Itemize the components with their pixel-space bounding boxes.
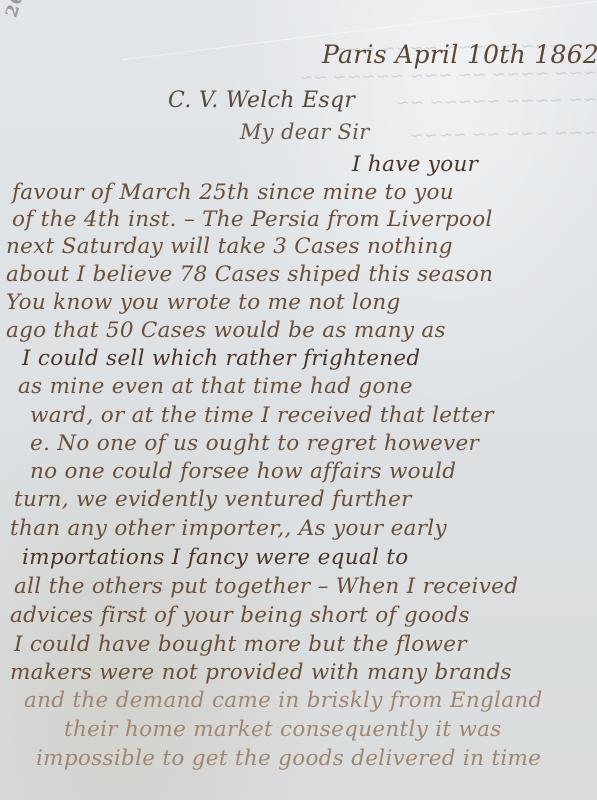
letter-line: makers were not provided with many brand… bbox=[10, 660, 512, 685]
dateline: Paris April 10th 1862 bbox=[322, 40, 597, 69]
letter-page: ~~ ~~~ ~~~~~ ~~~~ ~~~ ~~~ ~~~~ ~~ ~~~ ~~… bbox=[0, 0, 597, 800]
letter-line: as mine even at that time had gone bbox=[18, 374, 413, 399]
letter-line: importations I fancy were equal to bbox=[22, 545, 408, 570]
addressee: C. V. Welch Esqr bbox=[168, 88, 355, 113]
letter-line: advices first of your being short of goo… bbox=[10, 603, 470, 628]
letter-line: than any other importer,, As your early bbox=[10, 516, 447, 541]
letter-line: next Saturday will take 3 Cases nothing bbox=[6, 234, 453, 259]
salutation: My dear Sir bbox=[240, 120, 370, 144]
letter-line: I could have bought more but the flower bbox=[14, 632, 467, 657]
letter-line: You know you wrote to me not long bbox=[6, 290, 401, 315]
letter-line: of the 4th inst. – The Persia from Liver… bbox=[12, 207, 493, 232]
letter-line: and the demand came in briskly from Engl… bbox=[24, 688, 543, 713]
archive-number-stamp: 201 bbox=[2, 0, 33, 20]
letter-line: all the others put together – When I rec… bbox=[14, 574, 518, 599]
letter-line: favour of March 25th since mine to you bbox=[12, 180, 454, 205]
letter-line: I could sell which rather frightened bbox=[22, 346, 420, 371]
letter-line: turn, we evidently ventured further bbox=[14, 487, 412, 512]
letter-line: about I believe 78 Cases shiped this sea… bbox=[6, 262, 493, 287]
letter-line: ward, or at the time I received that let… bbox=[30, 403, 494, 428]
letter-line: no one could forsee how affairs would bbox=[30, 459, 456, 484]
letter-line: their home market consequently it was bbox=[64, 717, 502, 742]
letter-line: impossible to get the goods delivered in… bbox=[36, 746, 541, 771]
letter-line: e. No one of us ought to regret however bbox=[30, 431, 479, 456]
letter-line: I have your bbox=[352, 152, 478, 177]
letter-line: ago that 50 Cases would be as many as bbox=[6, 318, 446, 343]
